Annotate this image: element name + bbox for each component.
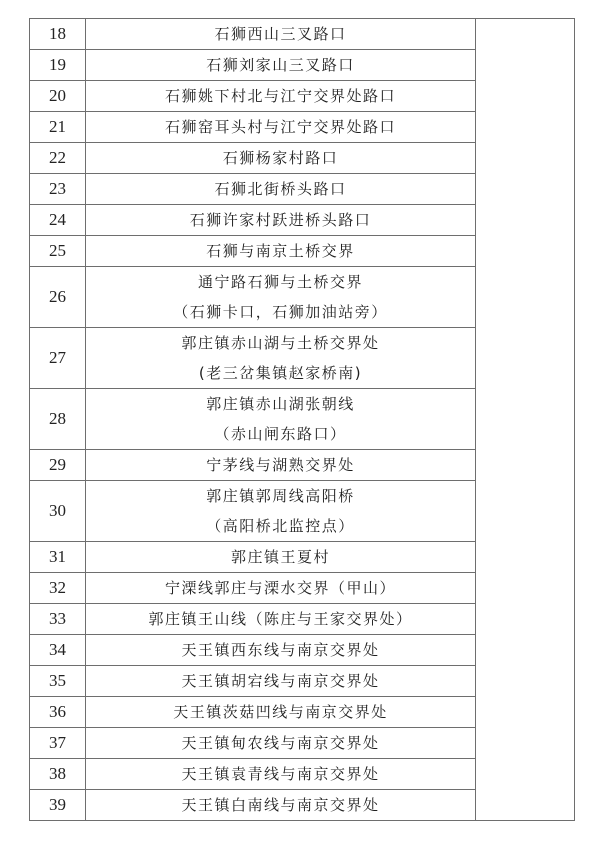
- location-text: 郭庄镇赤山湖与土桥交界处: [86, 328, 475, 358]
- location-text: 郭庄镇赤山湖张朝线: [86, 389, 475, 419]
- row-number-cell: 19: [30, 50, 86, 81]
- row-number-cell: 31: [30, 542, 86, 573]
- location-cell: 石狮北街桥头路口: [86, 174, 476, 205]
- row-number-cell: 33: [30, 604, 86, 635]
- row-number-cell: 28: [30, 389, 86, 450]
- location-text: 郭庄镇王山线（陈庄与王家交界处）: [86, 604, 475, 634]
- location-cell: 郭庄镇赤山湖张朝线（赤山闸东路口）: [86, 389, 476, 450]
- location-text: 石狮杨家村路口: [86, 143, 475, 173]
- location-text: 天王镇袁青线与南京交界处: [86, 759, 475, 789]
- location-cell: 郭庄镇赤山湖与土桥交界处(老三岔集镇赵家桥南): [86, 328, 476, 389]
- location-cell: 石狮姚下村北与江宁交界处路口: [86, 81, 476, 112]
- checkpoint-table: 18石狮西山三叉路口19石狮刘家山三叉路口20石狮姚下村北与江宁交界处路口21石…: [29, 18, 575, 821]
- location-text: (老三岔集镇赵家桥南): [86, 358, 475, 388]
- location-text: 郭庄镇郭周线高阳桥: [86, 481, 475, 511]
- location-text: 郭庄镇王夏村: [86, 542, 475, 572]
- location-text: 石狮姚下村北与江宁交界处路口: [86, 81, 475, 111]
- location-text: 石狮刘家山三叉路口: [86, 50, 475, 80]
- location-text: 天王镇茨菇凹线与南京交界处: [86, 697, 475, 727]
- remarks-cell: [476, 19, 575, 821]
- row-number-cell: 34: [30, 635, 86, 666]
- location-cell: 石狮杨家村路口: [86, 143, 476, 174]
- location-cell: 天王镇甸农线与南京交界处: [86, 728, 476, 759]
- location-text: 天王镇白南线与南京交界处: [86, 790, 475, 820]
- location-cell: 石狮西山三叉路口: [86, 19, 476, 50]
- location-cell: 郭庄镇王山线（陈庄与王家交界处）: [86, 604, 476, 635]
- row-number-cell: 29: [30, 450, 86, 481]
- location-text: 宁茅线与湖熟交界处: [86, 450, 475, 480]
- row-number-cell: 21: [30, 112, 86, 143]
- row-number-cell: 18: [30, 19, 86, 50]
- location-text: 天王镇西东线与南京交界处: [86, 635, 475, 665]
- row-number-cell: 38: [30, 759, 86, 790]
- location-cell: 天王镇茨菇凹线与南京交界处: [86, 697, 476, 728]
- location-cell: 宁溧线郭庄与溧水交界（甲山）: [86, 573, 476, 604]
- location-cell: 石狮刘家山三叉路口: [86, 50, 476, 81]
- location-text: 石狮北街桥头路口: [86, 174, 475, 204]
- location-text: （高阳桥北监控点）: [86, 511, 475, 541]
- location-text: 天王镇胡宕线与南京交界处: [86, 666, 475, 696]
- location-cell: 天王镇胡宕线与南京交界处: [86, 666, 476, 697]
- row-number-cell: 39: [30, 790, 86, 821]
- location-text: 石狮与南京土桥交界: [86, 236, 475, 266]
- location-text: （石狮卡口，石狮加油站旁）: [86, 297, 475, 327]
- row-number-cell: 26: [30, 267, 86, 328]
- location-text: 石狮许家村跃进桥头路口: [86, 205, 475, 235]
- location-cell: 天王镇西东线与南京交界处: [86, 635, 476, 666]
- table-body: 18石狮西山三叉路口19石狮刘家山三叉路口20石狮姚下村北与江宁交界处路口21石…: [30, 19, 575, 821]
- location-text: 宁溧线郭庄与溧水交界（甲山）: [86, 573, 475, 603]
- row-number-cell: 35: [30, 666, 86, 697]
- location-cell: 石狮许家村跃进桥头路口: [86, 205, 476, 236]
- row-number-cell: 32: [30, 573, 86, 604]
- location-text: 通宁路石狮与土桥交界: [86, 267, 475, 297]
- location-cell: 郭庄镇郭周线高阳桥（高阳桥北监控点）: [86, 481, 476, 542]
- location-text: 石狮西山三叉路口: [86, 19, 475, 49]
- row-number-cell: 36: [30, 697, 86, 728]
- row-number-cell: 27: [30, 328, 86, 389]
- row-number-cell: 20: [30, 81, 86, 112]
- row-number-cell: 22: [30, 143, 86, 174]
- location-cell: 天王镇白南线与南京交界处: [86, 790, 476, 821]
- location-cell: 石狮窑耳头村与江宁交界处路口: [86, 112, 476, 143]
- location-cell: 宁茅线与湖熟交界处: [86, 450, 476, 481]
- location-text: 石狮窑耳头村与江宁交界处路口: [86, 112, 475, 142]
- row-number-cell: 23: [30, 174, 86, 205]
- row-number-cell: 24: [30, 205, 86, 236]
- table-row: 18石狮西山三叉路口: [30, 19, 575, 50]
- row-number-cell: 37: [30, 728, 86, 759]
- location-cell: 石狮与南京土桥交界: [86, 236, 476, 267]
- location-cell: 郭庄镇王夏村: [86, 542, 476, 573]
- row-number-cell: 25: [30, 236, 86, 267]
- location-cell: 天王镇袁青线与南京交界处: [86, 759, 476, 790]
- row-number-cell: 30: [30, 481, 86, 542]
- location-text: 天王镇甸农线与南京交界处: [86, 728, 475, 758]
- location-text: （赤山闸东路口）: [86, 419, 475, 449]
- location-cell: 通宁路石狮与土桥交界（石狮卡口，石狮加油站旁）: [86, 267, 476, 328]
